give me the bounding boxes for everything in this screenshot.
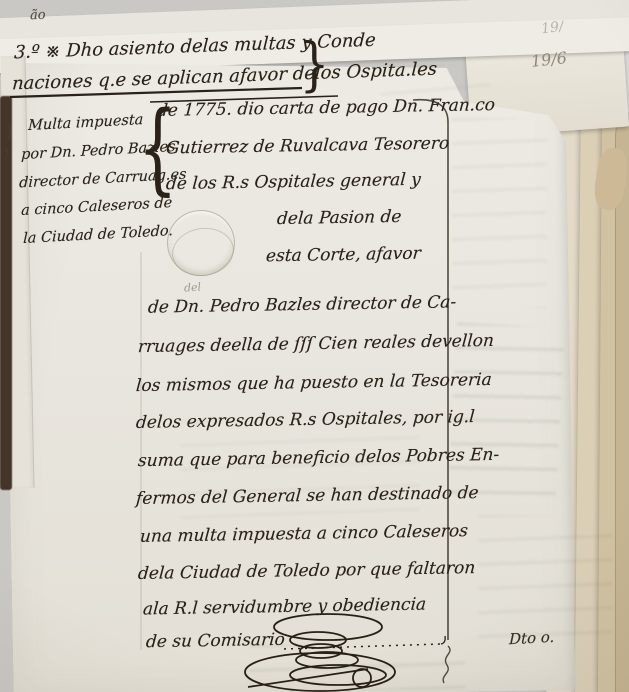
body-line: dela Pasion de	[276, 207, 402, 229]
top-edge-text-fragment: ão	[30, 8, 46, 24]
dark-background-strip	[0, 96, 12, 490]
bottom-docket-number: Dto o.	[509, 628, 555, 648]
folio-number-pencil: 19/6	[530, 48, 568, 71]
heading-closing-brace: }	[300, 30, 330, 98]
seal-pencil-note: del	[184, 280, 202, 294]
body-line: esta Corte, afavor	[265, 244, 421, 267]
body-line: de su Comisario	[145, 630, 285, 652]
folio-number-pencil-partial: 19/	[540, 19, 564, 35]
photograph: 3.º ※ Dho asiento delas multas y Conde n…	[0, 0, 629, 692]
